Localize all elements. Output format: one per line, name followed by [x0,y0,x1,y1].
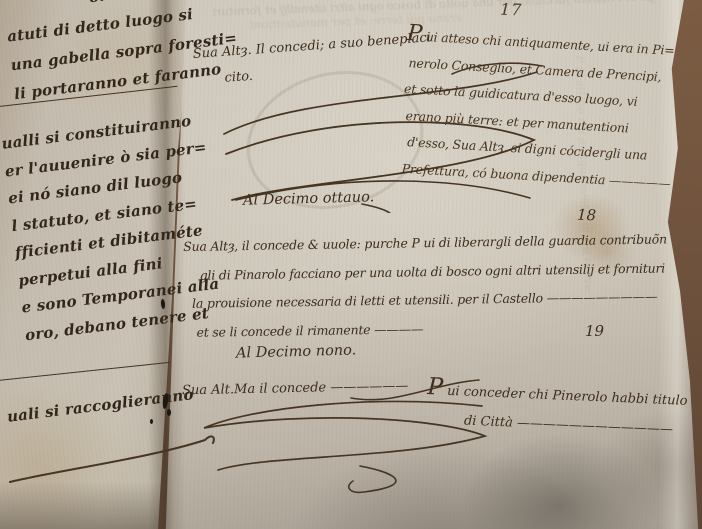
petition-17: P ui atteso chi antiquamente, ui era in … [399,20,679,197]
section-number-18: 18 [577,206,597,225]
section-number-19: 19 [585,322,604,340]
manuscript-photo: gli di Pinarolo facciano per una uolta d… [0,0,702,529]
section-heading-19: Al Decimo nono. [236,342,357,361]
page-number: 17 [500,0,523,19]
petition-19: P ui conceder chi Pinerolo habbi titulo … [425,372,688,445]
ink-blotch [167,409,171,416]
ink-blotch [150,419,153,424]
